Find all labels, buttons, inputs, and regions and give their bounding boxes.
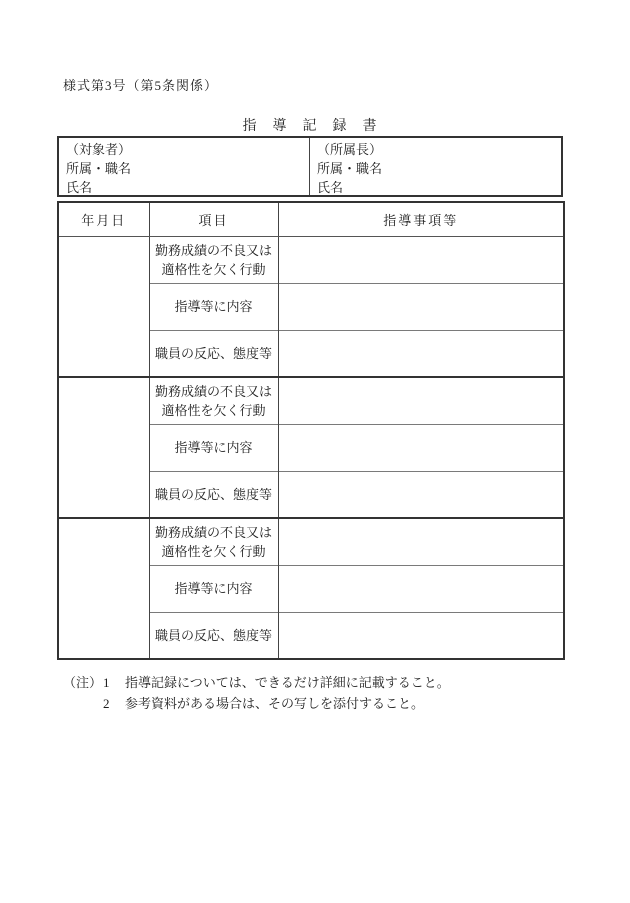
note-number: 2 [103,693,125,714]
item-label-guidance-content: 指導等に内容 [149,565,278,612]
date-cell [58,377,149,518]
guidance-cell [278,236,564,283]
guidance-cell [278,518,564,565]
note-number: 1 [103,672,125,693]
column-header-date: 年月日 [58,202,149,236]
subject-name-label: 氏名 [66,178,302,197]
table-row: 勤務成績の不良又は 適格性を欠く行動 [58,236,564,283]
guidance-cell [278,612,564,659]
item-label-guidance-content: 指導等に内容 [149,283,278,330]
guidance-cell [278,424,564,471]
column-header-item: 項目 [149,202,278,236]
guidance-cell [278,283,564,330]
item-label-reaction: 職員の反応、態度等 [149,330,278,377]
item-label-performance: 勤務成績の不良又は 適格性を欠く行動 [149,377,278,424]
supervisor-affiliation-label: 所属・職名 [317,159,554,178]
supervisor-cell: （所属長） 所属・職名 氏名 [310,138,561,195]
page-title: 指 導 記 録 書 [57,115,563,135]
subject-heading: （対象者） [66,140,302,159]
item-label-performance: 勤務成績の不良又は 適格性を欠く行動 [149,236,278,283]
record-table: 年月日 項目 指導事項等 勤務成績の不良又は 適格性を欠く行動 指導等に内容 職… [57,201,565,660]
supervisor-name-label: 氏名 [317,178,554,197]
guidance-cell [278,330,564,377]
guidance-cell [278,377,564,424]
table-row: 勤務成績の不良又は 適格性を欠く行動 [58,518,564,565]
record-table-wrap: 年月日 項目 指導事項等 勤務成績の不良又は 適格性を欠く行動 指導等に内容 職… [57,201,565,660]
subject-affiliation-label: 所属・職名 [66,159,302,178]
parties-box: （対象者） 所属・職名 氏名 （所属長） 所属・職名 氏名 [57,136,563,197]
document-page: 様式第3号（第5条関係） 指 導 記 録 書 （対象者） 所属・職名 氏名 （所… [0,0,630,903]
header-row: 年月日 項目 指導事項等 [58,202,564,236]
footnotes: （注） 1 指導記録については、できるだけ詳細に記載すること。 2 参考資料があ… [63,672,450,714]
note-row-2: 2 参考資料がある場合は、その写しを添付すること。 [63,693,450,714]
note-text: 指導記録については、できるだけ詳細に記載すること。 [125,672,450,693]
subject-cell: （対象者） 所属・職名 氏名 [59,138,310,195]
item-label-performance: 勤務成績の不良又は 適格性を欠く行動 [149,518,278,565]
note-label-spacer [63,693,103,714]
note-text: 参考資料がある場合は、その写しを添付すること。 [125,693,424,714]
form-number: 様式第3号（第5条関係） [63,75,218,94]
table-row: 勤務成績の不良又は 適格性を欠く行動 [58,377,564,424]
date-cell [58,236,149,377]
item-label-guidance-content: 指導等に内容 [149,424,278,471]
guidance-cell [278,471,564,518]
guidance-cell [278,565,564,612]
supervisor-heading: （所属長） [317,140,554,159]
item-label-reaction: 職員の反応、態度等 [149,612,278,659]
date-cell [58,518,149,659]
item-label-reaction: 職員の反応、態度等 [149,471,278,518]
note-label: （注） [63,672,103,693]
note-row-1: （注） 1 指導記録については、できるだけ詳細に記載すること。 [63,672,450,693]
column-header-guidance: 指導事項等 [278,202,564,236]
